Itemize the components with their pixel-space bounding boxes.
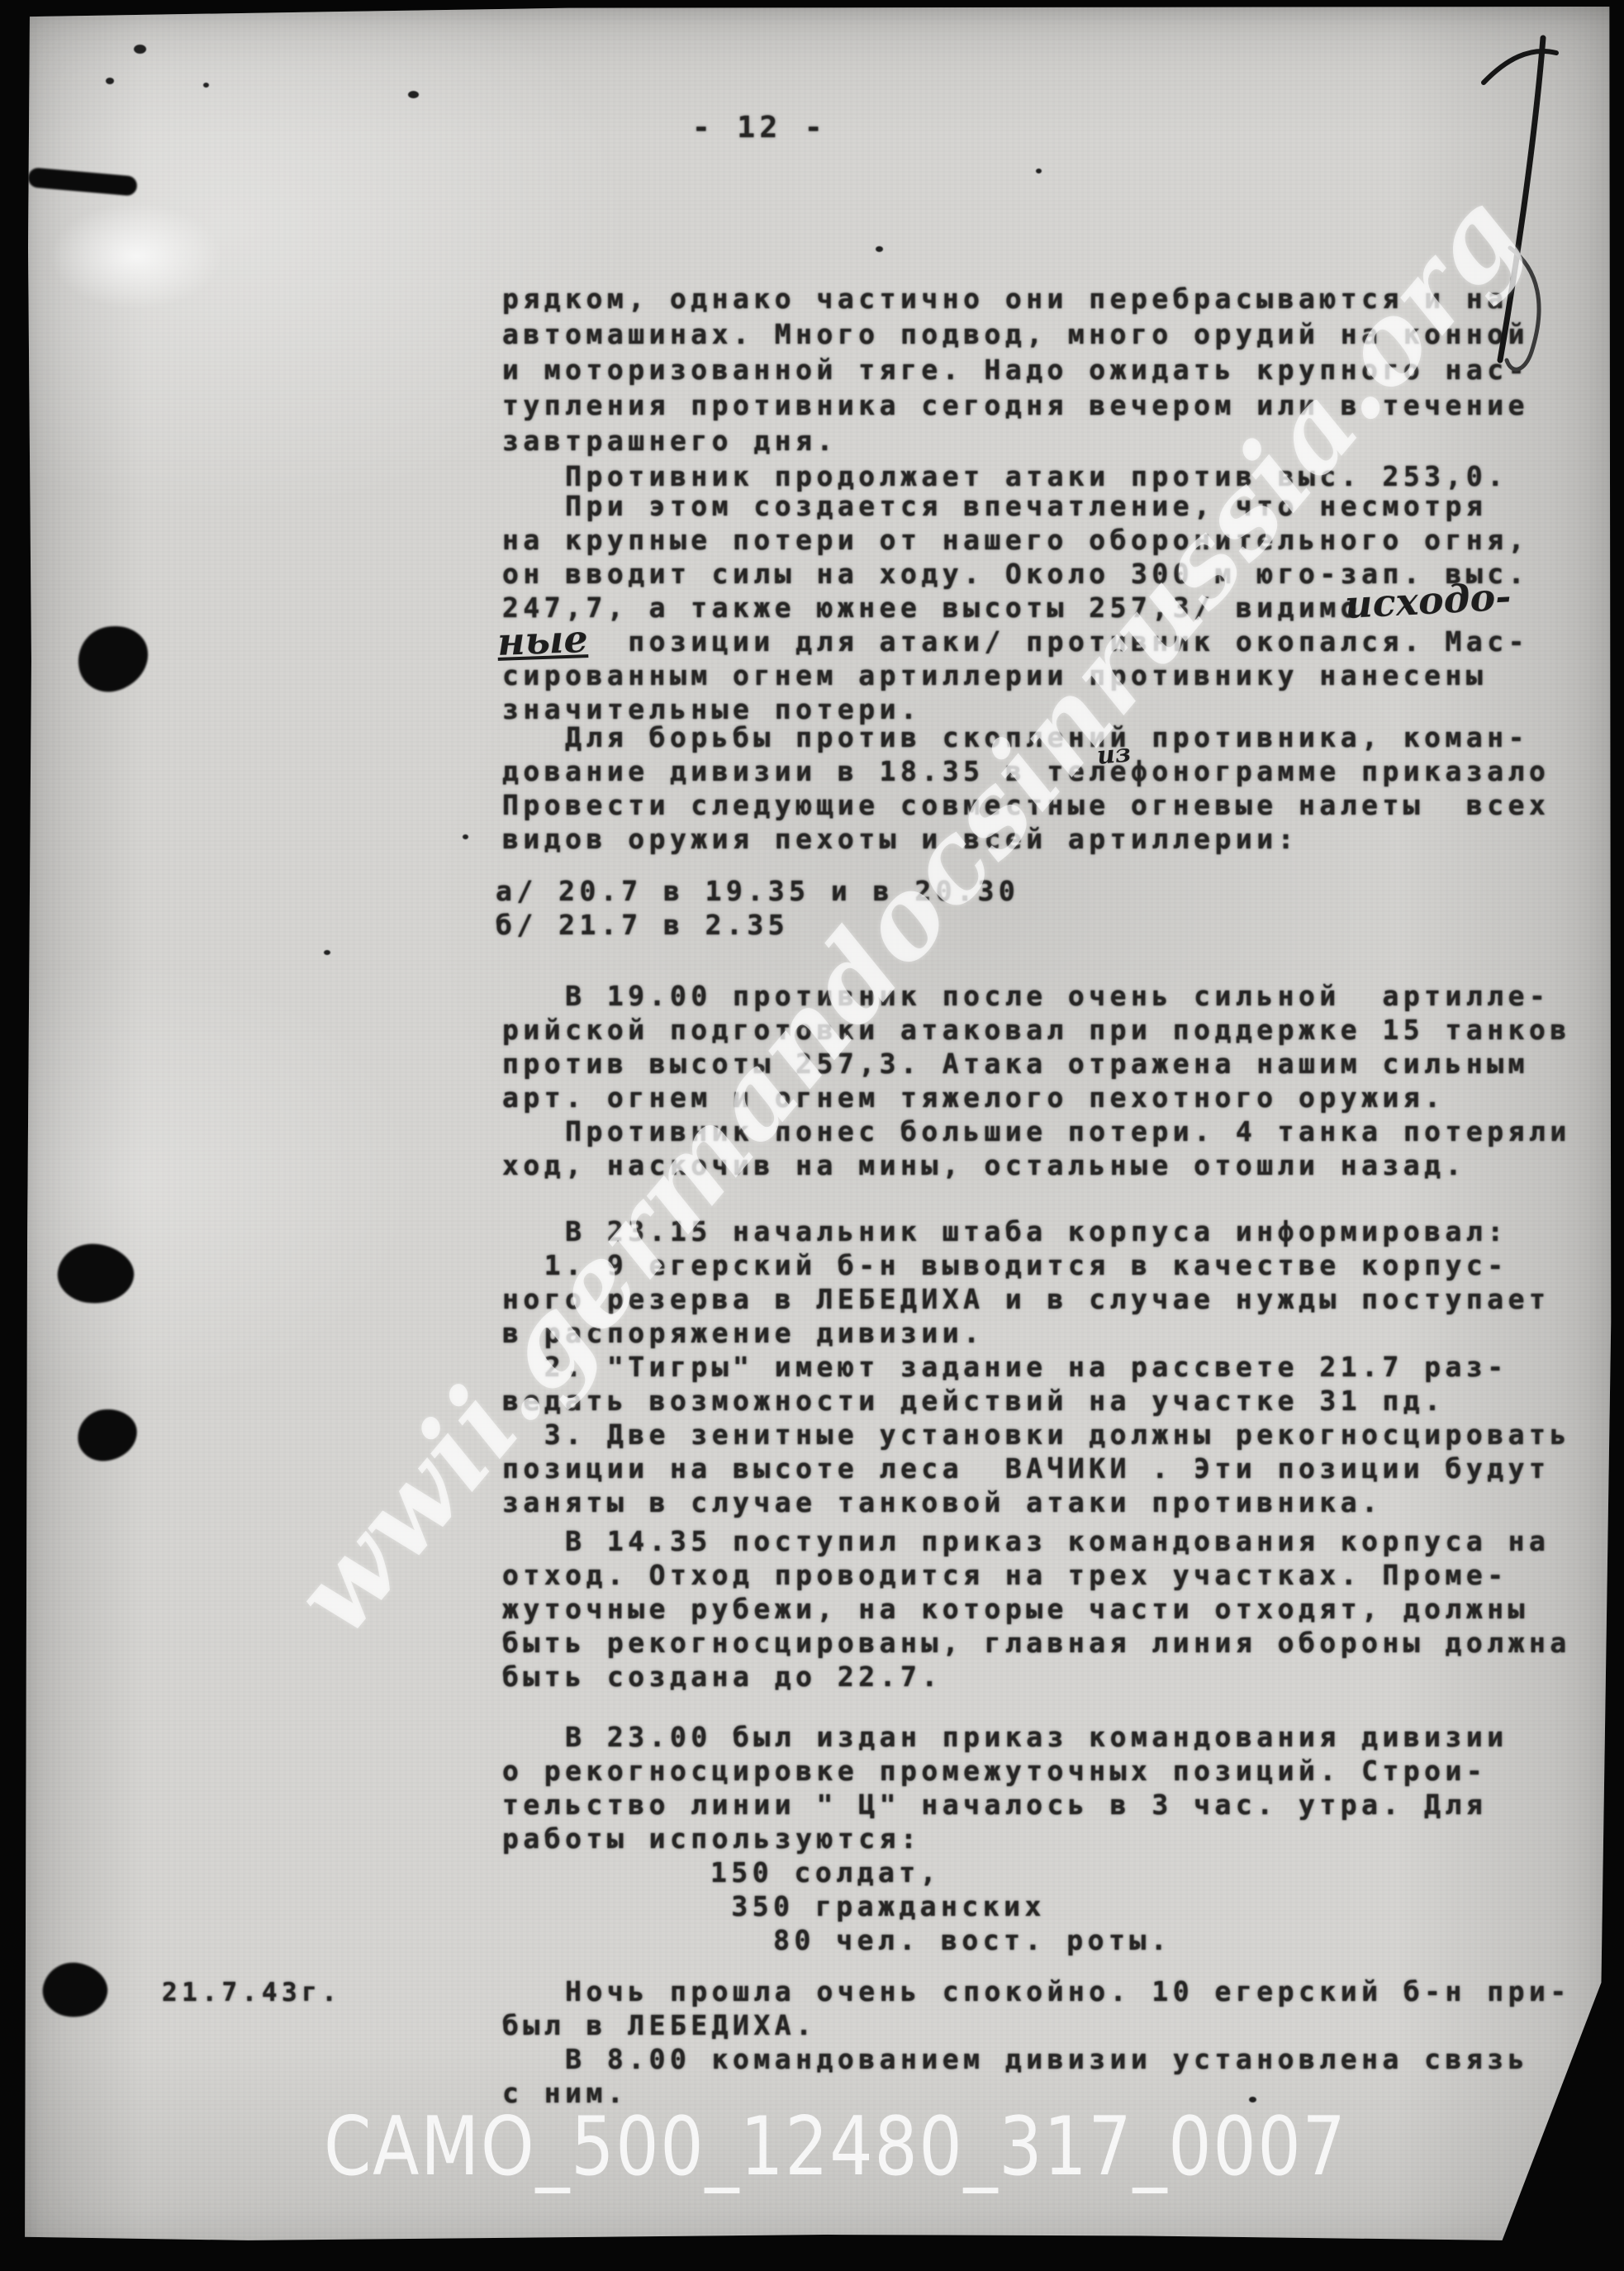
hole-punch [71, 619, 155, 698]
paper-speck [324, 950, 330, 955]
hole-punch [54, 1239, 137, 1309]
paper-speck [134, 45, 146, 54]
handwritten-word-part1: исходо- [1344, 574, 1512, 627]
body-paragraph-8: В 23.00 был издан приказ командования ди… [502, 1720, 1609, 1855]
body-paragraph-2: Противник продолжает атаки против выс. 2… [502, 459, 1601, 493]
paper-speck [463, 834, 468, 839]
hole-punch [75, 1406, 140, 1463]
handwritten-word-part2: ные [496, 616, 588, 664]
hole-punch [39, 1958, 112, 2023]
paper-speck [203, 83, 209, 88]
paper-tear-slit [27, 167, 138, 196]
body-paragraph-9: Ночь прошла очень спокойно. 10 егерский … [502, 1974, 1617, 2110]
page-number-text: - 12 - [692, 111, 827, 145]
paper-sheet: - 12 - рядком, однако частично они переб… [0, 0, 1624, 2271]
paper-speck [408, 91, 419, 98]
paper-speck [876, 246, 883, 252]
paper-speck [1036, 169, 1042, 173]
workers-list: 150 солдат, 350 гражданских 80 чел. вост… [710, 1855, 1454, 1957]
scanned-document-page: - 12 - рядком, однако частично они переб… [0, 0, 1624, 2271]
margin-date: 21.7.43г. [162, 1976, 341, 2010]
archive-caption: САМО_500_12480_317_0007 [324, 2100, 1347, 2194]
paper-speck [106, 78, 114, 84]
body-paragraph-7: В 14.35 поступил приказ командования кор… [502, 1524, 1617, 1694]
tear-white-streaks [50, 202, 223, 310]
